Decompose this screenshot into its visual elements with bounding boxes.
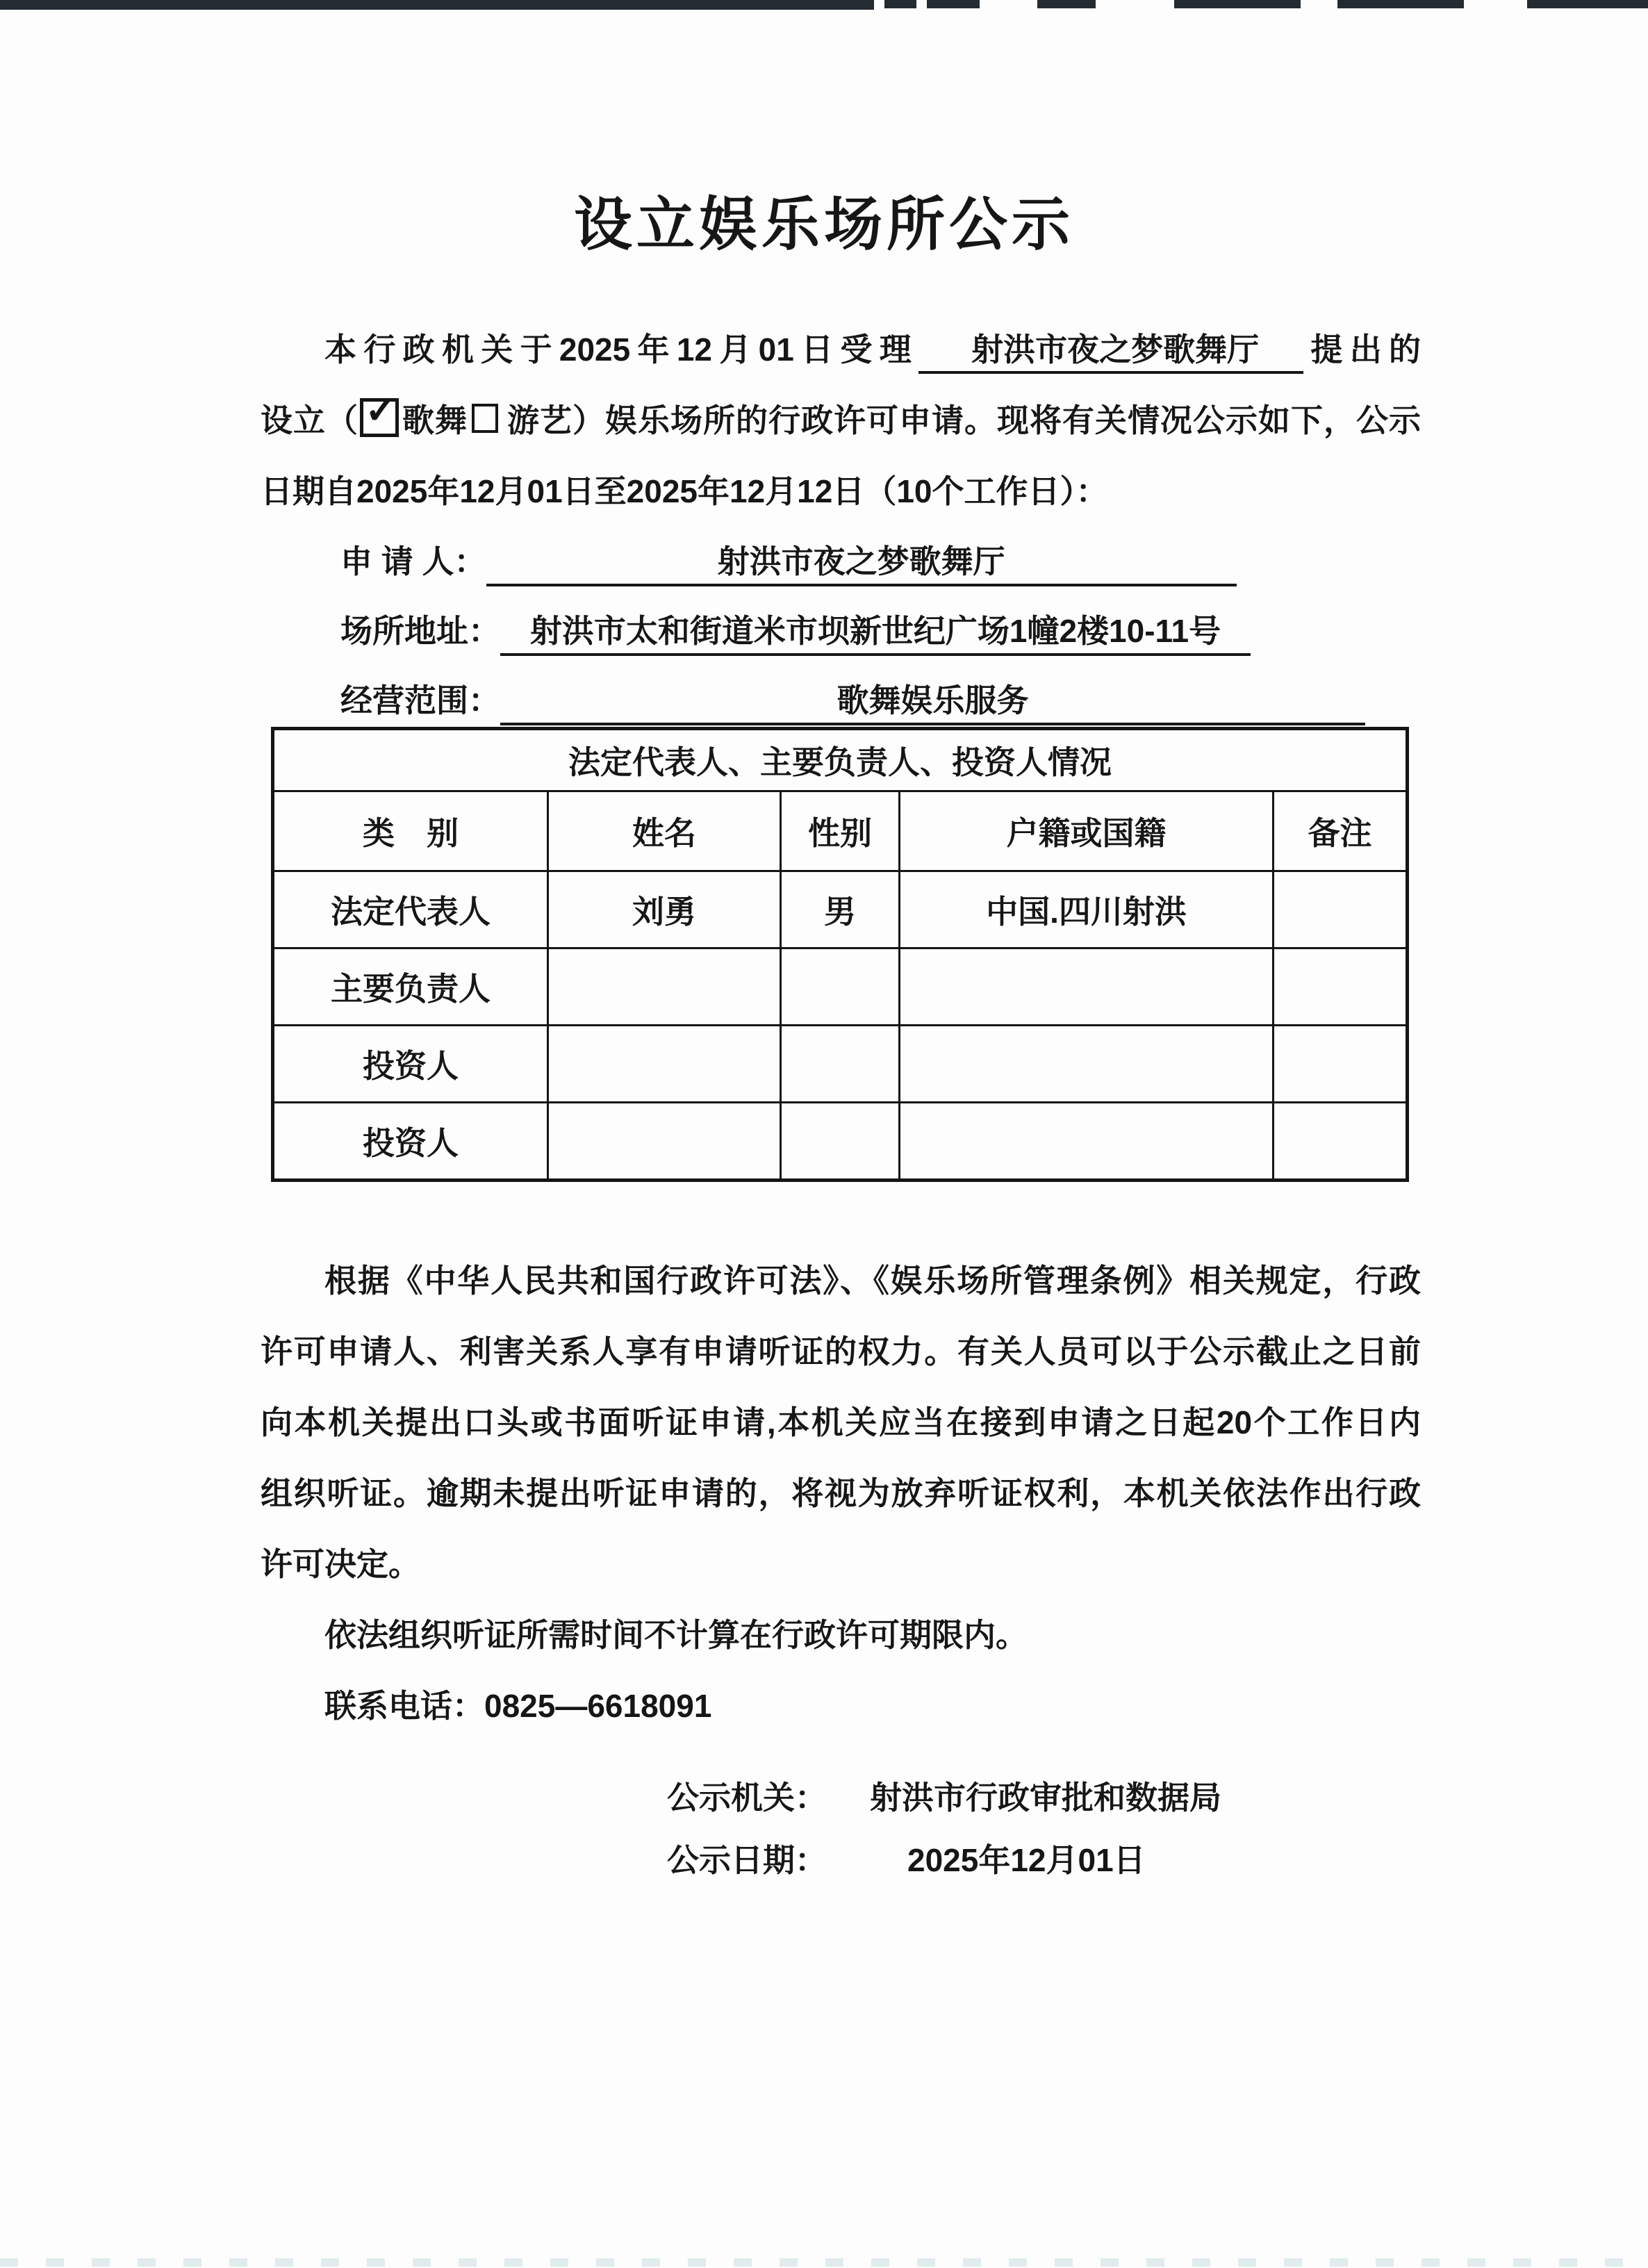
footer-date-row: 公示日期：2025年12月01日 [667,1829,1221,1891]
cell-gender: 男 [781,871,900,948]
footer-agency-row: 公示机关：射洪市行政审批和数据局 [667,1766,1221,1829]
cell-remarks [1274,948,1408,1026]
field-address-value: 射洪市太和街道米市坝新世纪广场1幢2楼10-11号 [500,611,1251,656]
col-header-gender: 性别 [781,791,900,871]
intro-line1-suffix: 提出的 [1303,331,1421,368]
cell-gender [781,1026,900,1103]
representatives-table: 法定代表人、主要负责人、投资人情况 类 别 姓名 性别 户籍或国籍 备注 法定代… [271,727,1409,1182]
scan-artifact-bottom-strip [0,2258,1648,2267]
table-title: 法定代表人、主要负责人、投资人情况 [273,729,1408,791]
cell-nationality [900,1026,1274,1103]
applicant-name-underlined: 射洪市夜之梦歌舞厅 [918,329,1303,374]
checkbox-unchecked-icon [472,404,498,433]
check-mark-icon: ✓ [365,391,397,429]
field-address-label: 场所地址： [340,613,500,649]
cell-category: 主要负责人 [273,948,548,1026]
cell-remarks [1274,871,1408,948]
field-business-scope-value: 歌舞娱乐服务 [500,681,1365,725]
cell-category: 投资人 [273,1103,548,1181]
footer-agency-value: 射洪市行政审批和数据局 [870,1780,1221,1816]
cell-name [548,1103,781,1181]
cell-gender [781,948,900,1026]
intro-line1-prefix: 本行政机关于2025年12月01日受理 [324,331,918,368]
footer-date-value: 2025年12月01日 [907,1842,1146,1878]
intro-line2-prefix: 设立（ [261,402,359,438]
legal-line: 向本机关提出口头或书面听证申请,本机关应当在接到申请之日起20个工作日内 [261,1387,1421,1458]
scan-artifact-top-segment [1527,0,1648,8]
intro-line-1: 本行政机关于2025年12月01日受理射洪市夜之梦歌舞厅提出的 [261,314,1421,385]
cell-name [548,948,781,1026]
option-singing-dancing-label: 歌舞 [402,402,468,438]
field-applicant: 申 请 人：射洪市夜之梦歌舞厅 [340,527,1424,596]
col-header-category: 类 别 [273,791,548,871]
cell-nationality: 中国.四川射洪 [900,871,1274,948]
legal-paragraph: 根据《中华人民共和国行政许可法》、《娱乐场所管理条例》相关规定，行政 许可申请人… [261,1245,1421,1741]
footer-date-label: 公示日期： [667,1842,827,1878]
intro-line2-suffix: ）娱乐场所的行政许可申请。现将有关情况公示如下，公示 [572,402,1421,438]
scan-artifact-top-bar [0,0,874,10]
hearing-note-line: 依法组织听证所需时间不计算在行政许可期限内。 [261,1600,1421,1670]
scan-artifact-top-segment [927,0,980,8]
scan-artifact-top-segment [1037,0,1096,8]
field-applicant-value: 射洪市夜之梦歌舞厅 [486,542,1237,586]
cell-name [548,1026,781,1103]
table-row: 法定代表人 刘勇 男 中国.四川射洪 [273,871,1408,948]
cell-remarks [1274,1026,1408,1103]
scan-artifact-top-segment [884,0,916,8]
table-row: 投资人 [273,1026,1408,1103]
legal-line: 根据《中华人民共和国行政许可法》、《娱乐场所管理条例》相关规定，行政 [261,1245,1421,1316]
scan-artifact-top-segment [1337,0,1464,8]
intro-paragraph: 本行政机关于2025年12月01日受理射洪市夜之梦歌舞厅提出的 设立（✓歌舞游艺… [261,314,1421,527]
notice-document-page: 设立娱乐场所公示 本行政机关于2025年12月01日受理射洪市夜之梦歌舞厅提出的… [0,0,1648,2268]
option-game-amusement-label: 游艺 [506,402,572,438]
page-title: 设立娱乐场所公示 [0,178,1648,262]
footer-agency-label: 公示机关： [667,1780,827,1816]
col-header-remarks: 备注 [1274,791,1408,871]
contact-phone-number: 0825—6618091 [484,1688,711,1724]
col-header-name: 姓名 [548,791,781,871]
intro-line-3: 日期自2025年12月01日至2025年12月12日（10个工作日）： [261,456,1421,527]
cell-nationality [900,948,1274,1026]
checkbox-checked-icon: ✓ [360,398,399,437]
cell-gender [781,1103,900,1181]
cell-name: 刘勇 [548,871,781,948]
col-header-nationality: 户籍或国籍 [900,791,1274,871]
cell-remarks [1274,1103,1408,1181]
table-row: 主要负责人 [273,948,1408,1026]
contact-line: 联系电话：0825—6618091 [261,1670,1421,1741]
legal-line: 组织听证。逾期未提出听证申请的，将视为放弃听证权利，本机关依法作出行政 [261,1458,1421,1529]
legal-line: 许可决定。 [261,1529,1421,1600]
cell-category: 法定代表人 [273,871,548,948]
table-row: 投资人 [273,1103,1408,1181]
scan-artifact-top-segment [1174,0,1301,8]
intro-line-2: 设立（✓歌舞游艺）娱乐场所的行政许可申请。现将有关情况公示如下，公示 [261,385,1421,456]
cell-nationality [900,1103,1274,1181]
field-address: 场所地址：射洪市太和街道米市坝新世纪广场1幢2楼10-11号 [340,596,1424,666]
field-applicant-label: 申 请 人： [340,543,486,580]
field-business-scope: 经营范围：歌舞娱乐服务 [340,666,1424,735]
contact-phone-label: 联系电话： [324,1688,484,1724]
field-business-scope-label: 经营范围： [340,682,500,718]
cell-category: 投资人 [273,1026,548,1103]
footer-block: 公示机关：射洪市行政审批和数据局 公示日期：2025年12月01日 [667,1766,1221,1891]
application-fields: 申 请 人：射洪市夜之梦歌舞厅 场所地址：射洪市太和街道米市坝新世纪广场1幢2楼… [340,527,1424,735]
legal-line: 许可申请人、利害关系人享有申请听证的权力。有关人员可以于公示截止之日前 [261,1316,1421,1387]
